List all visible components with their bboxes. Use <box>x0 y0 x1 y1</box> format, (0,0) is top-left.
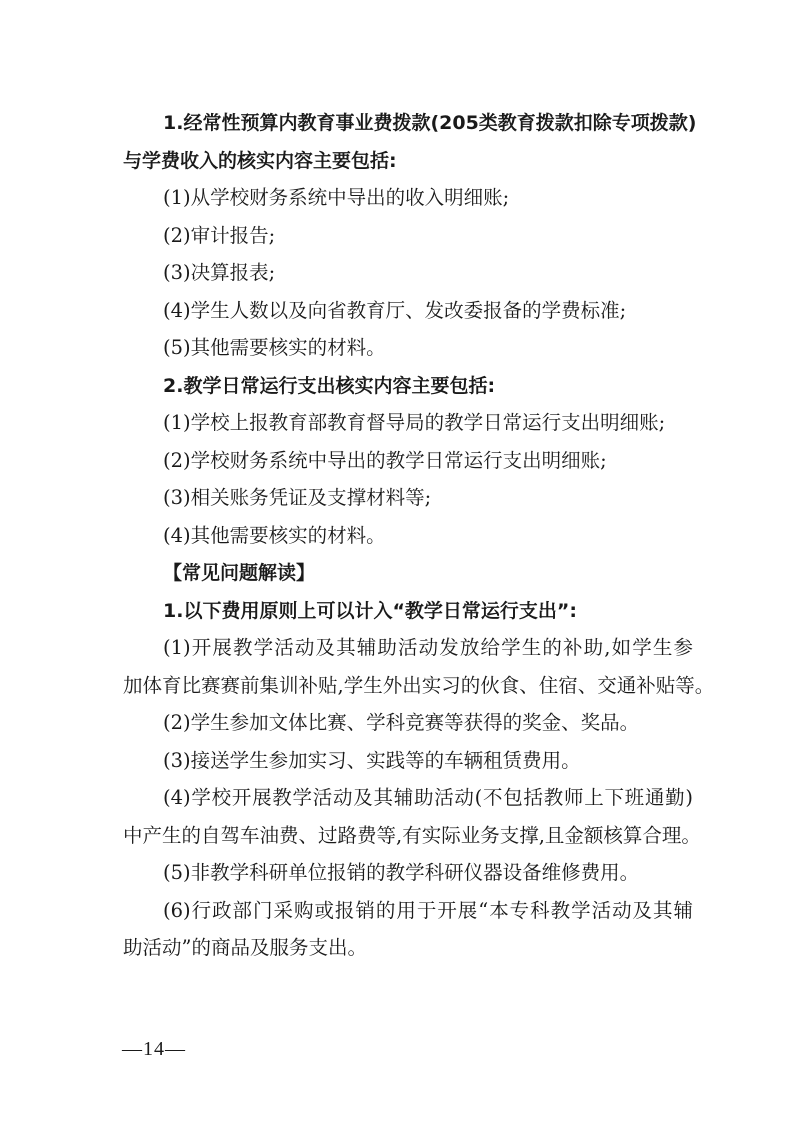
section1-item-4: (4)学生人数以及向省教育厅、发改委报备的学费标准; <box>163 292 626 330</box>
section1-item-2: (2)审计报告; <box>163 217 275 255</box>
faq-item-2: (2)学生参加文体比赛、学科竞赛等获得的奖金、奖品。 <box>163 704 639 742</box>
faq-title: 【常见问题解读】 <box>163 554 315 592</box>
faq-item-4-line1: (4)学校开展教学活动及其辅助活动(不包括教师上下班通勤) <box>163 779 693 817</box>
faq-item-4-line2: 中产生的自驾车油费、过路费等,有实际业务支撑,且金额核算合理。 <box>123 817 693 855</box>
section1-item-5: (5)其他需要核实的材料。 <box>163 329 386 367</box>
section1-item-1: (1)从学校财务系统中导出的收入明细账; <box>163 179 509 217</box>
section2-item-2: (2)学校财务系统中导出的教学日常运行支出明细账; <box>163 442 607 480</box>
section2-item-4: (4)其他需要核实的材料。 <box>163 517 386 555</box>
faq-item-3: (3)接送学生参加实习、实践等的车辆租赁费用。 <box>163 742 581 780</box>
page-number: —14— <box>122 1038 186 1061</box>
section2-item-3: (3)相关账务凭证及支撑材料等; <box>163 479 431 517</box>
section1-heading-line2: 与学费收入的核实内容主要包括: <box>123 142 397 180</box>
faq-item-5: (5)非教学科研单位报销的教学科研仪器设备维修费用。 <box>163 854 639 892</box>
faq-heading: 1.以下费用原则上可以计入“教学日常运行支出”: <box>163 592 577 630</box>
section1-heading-line1: 1.经常性预算内教育事业费拨款(205类教育拨款扣除专项拨款) <box>163 104 693 142</box>
section2-item-1: (1)学校上报教育部教育督导局的教学日常运行支出明细账; <box>163 404 665 442</box>
section1-item-3: (3)决算报表; <box>163 254 275 292</box>
faq-item-6-line1: (6)行政部门采购或报销的用于开展“本专科教学活动及其辅 <box>163 892 693 930</box>
section2-heading: 2.教学日常运行支出核实内容主要包括: <box>163 367 495 405</box>
faq-item-1-line2: 加体育比赛赛前集训补贴,学生外出实习的伙食、住宿、交通补贴等。 <box>123 667 693 705</box>
faq-item-1-line1: (1)开展教学活动及其辅助活动发放给学生的补助,如学生参 <box>163 629 693 667</box>
faq-item-6-line2: 助活动”的商品及服务支出。 <box>123 929 367 967</box>
